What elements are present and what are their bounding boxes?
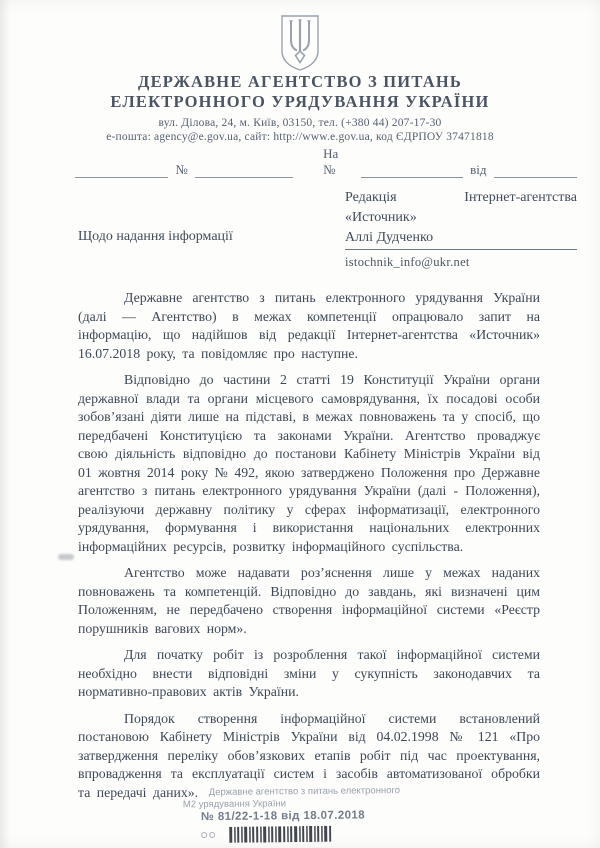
paragraph: Державне агентство з питань електронного…	[78, 289, 540, 363]
scanned-letter-page: ДЕРЖАВНЕ АГЕНТСТВО З ПИТАНЬ ЕЛЕКТРОННОГО…	[0, 0, 600, 848]
date-blank	[494, 162, 577, 178]
registration-stamp: Державне агентство з питань електронного…	[183, 785, 434, 844]
recipient-org-name: «Источник»	[345, 208, 577, 228]
agency-title: ДЕРЖАВНЕ АГЕНТСТВО З ПИТАНЬ ЕЛЕКТРОННОГО…	[0, 72, 600, 112]
subject-line: Щодо надання інформації	[78, 229, 233, 245]
scan-artifact	[58, 554, 74, 560]
recipient-email: istochnik_info@ukr.net	[345, 250, 577, 272]
paragraph: Для початку робіт із розроблення такої і…	[78, 646, 540, 702]
recipient-block: Редакція Інтернет-агентства «Источник» А…	[345, 188, 577, 272]
stamp-mark	[201, 832, 215, 838]
letter-body: Державне агентство з питань електронного…	[78, 289, 540, 810]
paragraph: Агентство може надавати роз’яснення лише…	[78, 564, 540, 638]
recipient-org-line: Редакція Інтернет-агентства	[345, 188, 577, 208]
date-label: від	[470, 162, 486, 178]
recipient-person-name: Аллі Дудченко	[345, 228, 577, 250]
agency-contacts: е-пошта: agency@e.gov.ua, сайт: http://w…	[0, 131, 600, 143]
reply-number-blank	[361, 162, 463, 178]
paragraph: Відповідно до частини 2 статті 19 Консти…	[78, 371, 540, 556]
ukraine-trident-emblem-icon	[277, 14, 323, 72]
stamp-registration-number: № 81/22-1-18 від 18.07.2018	[183, 808, 433, 826]
recipient-org-word1: Редакція	[345, 188, 397, 208]
agency-title-line1: ДЕРЖАВНЕ АГЕНТСТВО З ПИТАНЬ	[0, 72, 600, 92]
reply-number-label: На №	[323, 146, 354, 178]
outgoing-number-blank	[195, 162, 293, 178]
registration-barcode-icon	[229, 826, 331, 843]
number-label: №	[175, 162, 187, 178]
agency-title-line2: ЕЛЕКТРОННОГО УРЯДУВАННЯ УКРАЇНИ	[0, 92, 600, 112]
recipient-org-word2: Інтернет-агентства	[464, 188, 577, 208]
agency-address: вул. Ділова, 24, м. Київ, 03150, тел. (+…	[0, 117, 600, 129]
reference-line: № На № від	[75, 160, 577, 178]
stamp-barcode-row	[183, 825, 433, 844]
outgoing-date-blank	[75, 162, 168, 178]
